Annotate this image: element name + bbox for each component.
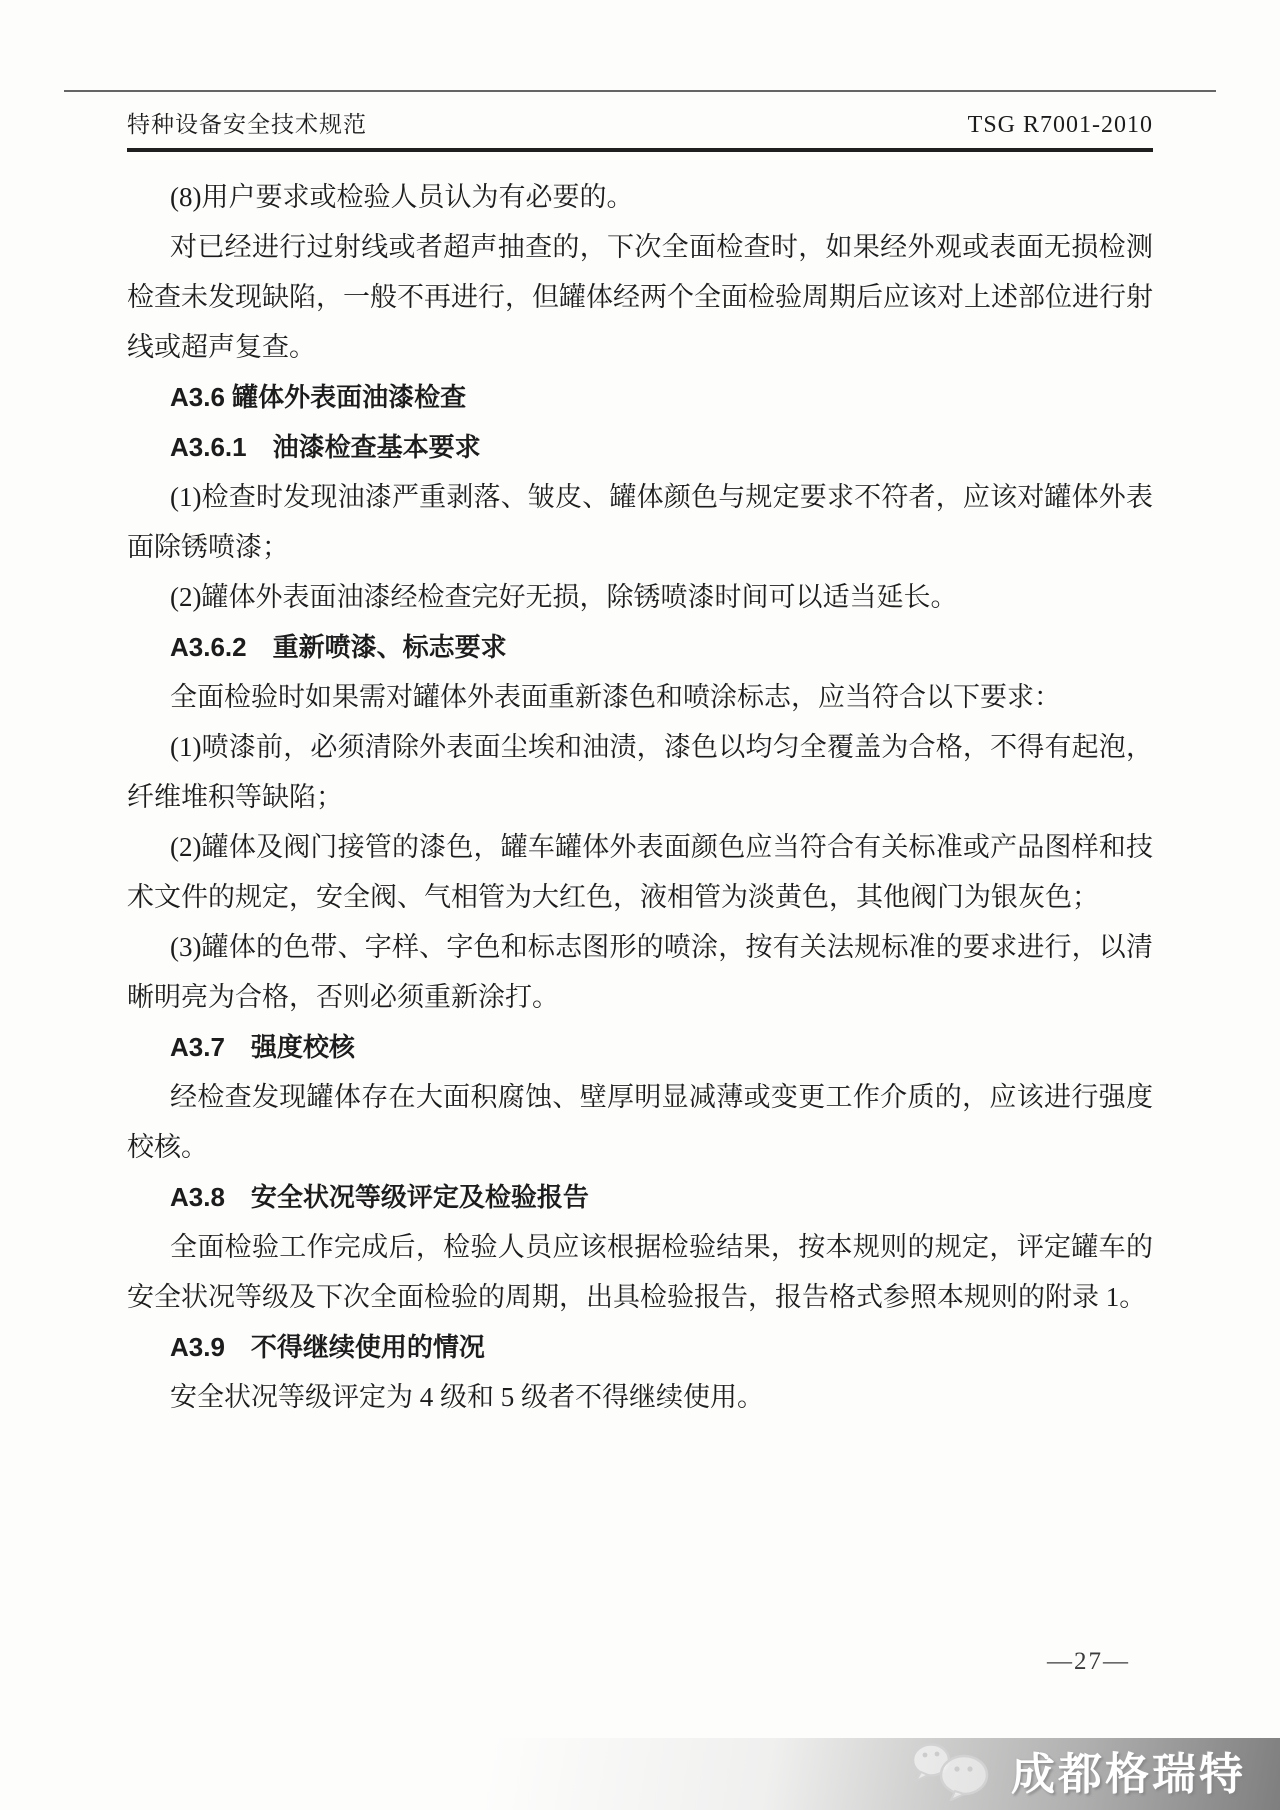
paragraph-paint-item-2: (2)罐体外表面油漆经检查完好无损，除锈喷漆时间可以适当延长。 — [127, 572, 1153, 622]
scan-artifact-line — [64, 90, 1216, 92]
paragraph-repaint-item-1: (1)喷漆前，必须清除外表面尘埃和油渍，漆色以均匀全覆盖为合格，不得有起泡，纤维… — [127, 722, 1153, 822]
section-heading-a3-6-2: A3.6.2 重新喷漆、标志要求 — [127, 622, 1153, 672]
paragraph-report: 全面检验工作完成后，检验人员应该根据检验结果，按本规则的规定，评定罐车的安全状况… — [127, 1222, 1153, 1322]
publisher-watermark: 成都格瑞特 — [907, 1738, 1246, 1802]
paragraph-paint-item-1: (1)检查时发现油漆严重剥落、皱皮、罐体颜色与规定要求不符者，应该对罐体外表面除… — [127, 472, 1153, 572]
section-heading-a3-9: A3.9 不得继续使用的情况 — [127, 1322, 1153, 1372]
paragraph-strength-check: 经检查发现罐体存在大面积腐蚀、壁厚明显减薄或变更工作介质的，应该进行强度校核。 — [127, 1072, 1153, 1172]
page-number: —27— — [1047, 1648, 1130, 1676]
paragraph-recheck: 对已经进行过射线或者超声抽查的，下次全面检查时，如果经外观或表面无损检测检查未发… — [127, 222, 1153, 372]
paragraph-8-item: (8)用户要求或检验人员认为有必要的。 — [127, 172, 1153, 222]
document-page: 特种设备安全技术规范 TSG R7001-2010 (8)用户要求或检验人员认为… — [0, 0, 1280, 1810]
watermark-text: 成都格瑞特 — [1011, 1738, 1246, 1802]
header-title: 特种设备安全技术规范 — [127, 106, 367, 139]
document-body: (8)用户要求或检验人员认为有必要的。 对已经进行过射线或者超声抽查的，下次全面… — [127, 172, 1153, 1422]
page-header: 特种设备安全技术规范 TSG R7001-2010 — [127, 106, 1153, 152]
paragraph-repaint-item-3: (3)罐体的色带、字样、字色和标志图形的喷涂，按有关法规标准的要求进行，以清晰明… — [127, 922, 1153, 1022]
section-heading-a3-6: A3.6 罐体外表面油漆检查 — [127, 372, 1153, 422]
wechat-bubbles-icon — [907, 1739, 999, 1801]
paragraph-no-continue-use: 安全状况等级评定为 4 级和 5 级者不得继续使用。 — [127, 1372, 1153, 1422]
paragraph-repaint-intro: 全面检验时如果需对罐体外表面重新漆色和喷涂标志，应当符合以下要求： — [127, 672, 1153, 722]
paragraph-repaint-item-2: (2)罐体及阀门接管的漆色，罐车罐体外表面颜色应当符合有关标准或产品图样和技术文… — [127, 822, 1153, 922]
section-heading-a3-6-1: A3.6.1 油漆检查基本要求 — [127, 422, 1153, 472]
section-heading-a3-7: A3.7 强度校核 — [127, 1022, 1153, 1072]
section-heading-a3-8: A3.8 安全状况等级评定及检验报告 — [127, 1172, 1153, 1222]
header-document-code: TSG R7001-2010 — [968, 112, 1153, 139]
